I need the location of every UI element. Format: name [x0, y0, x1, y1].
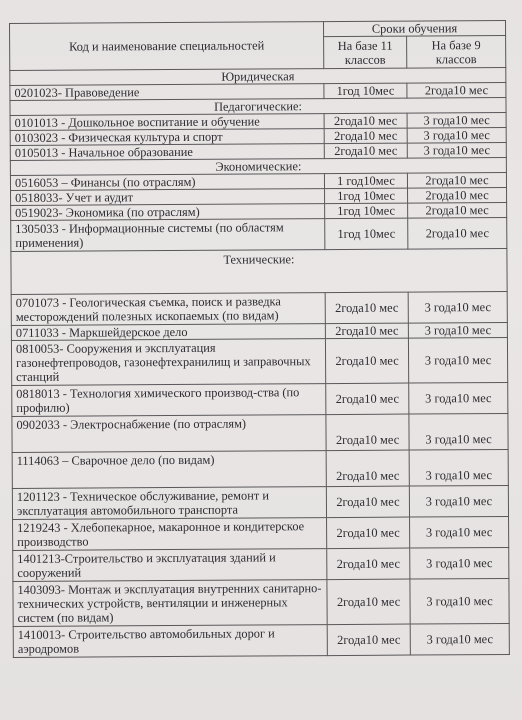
duration-base11: 2года10 мес [326, 486, 409, 518]
duration-base11: 2года10 мес [325, 292, 408, 324]
duration-base9: 2года10 мес [408, 202, 507, 218]
table-row: 1305033 - Информационные системы (по обл… [11, 217, 507, 251]
duration-base11: 2года10 мес [324, 113, 407, 129]
specialty-name: 1305033 - Информационные системы (по обл… [11, 219, 325, 252]
base11-header: На базе 11 классов [324, 36, 407, 69]
table-row: 1410013- Строительство автомобильных дор… [13, 623, 509, 657]
duration-base11: 1 год10мес [324, 173, 407, 189]
duration-base11: 1год 10мес [325, 203, 408, 219]
duration-base11: 2года10 мес [326, 450, 409, 487]
duration-base9: 3 года10 мес [410, 623, 509, 655]
specialty-name: 0902033 - Электроснабжение (по отраслям) [12, 415, 326, 453]
duration-base11: 1год 10мес [325, 218, 408, 250]
duration-base9: 3 года10 мес [409, 485, 508, 517]
duration-base11: 2года10 мес [325, 323, 408, 339]
specialty-name: 1114063 – Сварочное дело (по видам) [12, 451, 326, 489]
duration-base9: 2года10 мес [408, 187, 507, 203]
duration-base9: 3 года10 мес [408, 337, 507, 383]
duration-base9: 3 года10 мес [410, 547, 509, 579]
duration-base9: 3 года10 мес [407, 142, 506, 158]
specialty-name: 1201123 - Техническое обслуживание, ремо… [12, 487, 326, 520]
duration-base11: 2года10 мес [324, 128, 407, 144]
duration-base11: 1год 10мес [324, 83, 407, 99]
specialties-table: Код и наименование специальностей Сроки … [9, 20, 510, 658]
duration-base11: 2года10 мес [327, 548, 410, 580]
duration-base9: 2года10 мес [407, 172, 506, 188]
duration-base9: 3 года10 мес [409, 413, 508, 450]
duration-group-header: Сроки обучения [323, 20, 505, 36]
duration-base9: 3 года10 мес [410, 516, 509, 548]
specialty-name: 1401213-Строительство и эксплуатация зда… [13, 549, 327, 582]
duration-base11: 2года10 мес [326, 414, 409, 451]
duration-base9: 3 года10 мес [408, 291, 507, 323]
table-row: 0902033 - Электроснабжение (по отраслям)… [12, 413, 508, 452]
table-row: 1403093- Монтаж и эксплуатация внутренни… [13, 578, 509, 626]
duration-base11: 2года10 мес [326, 383, 409, 415]
table-row: 1201123 - Техническое обслуживание, ремо… [12, 485, 508, 519]
name-column-header: Код и наименование специальностей [10, 22, 324, 71]
duration-base9: 3 года10 мес [408, 322, 507, 338]
base9-header: На базе 9 классов [407, 35, 506, 68]
specialty-name: 0818013 - Технология химического произво… [12, 384, 326, 417]
table-row: 0818013 - Технология химического произво… [12, 382, 508, 416]
section-title: Технические: [11, 248, 507, 294]
duration-base9: 3 года10 мес [407, 127, 506, 143]
table-row: 1401213-Строительство и эксплуатация зда… [13, 547, 509, 581]
duration-base11: 2года10 мес [327, 517, 410, 549]
duration-base9: 2года10 мес [407, 82, 506, 98]
duration-base11: 2года10 мес [327, 579, 410, 625]
duration-base11: 1год 10мес [325, 188, 408, 204]
duration-base9: 3 года10 мес [410, 578, 509, 624]
duration-base9: 2года10 мес [408, 217, 507, 249]
specialty-name: 1219243 - Хлебопекарное, макаронное и ко… [13, 518, 327, 551]
duration-base9: 3 года10 мес [407, 112, 506, 128]
duration-base11: 2года10 мес [324, 143, 407, 159]
duration-base9: 3 года10 мес [409, 449, 508, 486]
duration-base9: 3 года10 мес [409, 382, 508, 414]
table-row: 0701073 - Геологическая съемка, поиск и … [11, 291, 507, 325]
specialty-name: 1410013- Строительство автомобильных дор… [13, 625, 327, 658]
table-row: 1219243 - Хлебопекарное, макаронное и ко… [13, 516, 509, 550]
specialty-name: 0810053- Сооружения и эксплуатация газон… [11, 339, 325, 386]
specialty-name: 0701073 - Геологическая съемка, поиск и … [11, 293, 325, 326]
duration-base11: 2года10 мес [327, 624, 410, 656]
table-row: 1114063 – Сварочное дело (по видам) 2год… [12, 449, 508, 488]
table-row: 0810053- Сооружения и эксплуатация газон… [11, 337, 507, 385]
duration-base11: 2года10 мес [325, 338, 408, 384]
specialty-name: 1403093- Монтаж и эксплуатация внутренни… [13, 580, 327, 627]
